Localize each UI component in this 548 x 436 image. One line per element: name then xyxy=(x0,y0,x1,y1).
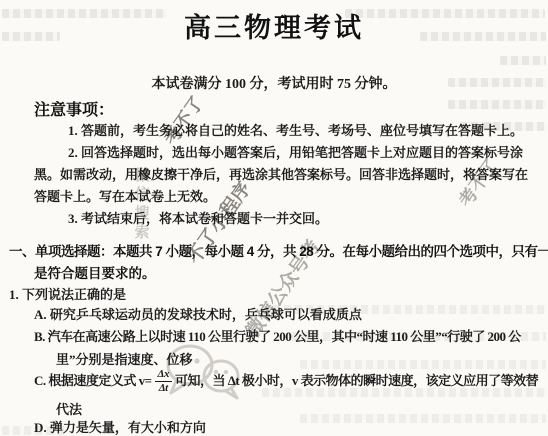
section-header-line: 一、单项选择题：本题共 7 小题，每小题 4 分，共 28 分。在每小题给出的四… xyxy=(9,240,548,260)
watermark-text: 考不了 xyxy=(157,90,209,149)
page-title: 高三物理考试 xyxy=(0,6,548,45)
fraction-denominator: Δt xyxy=(156,382,171,395)
option-c-text-pre: C. 根据速度定义式 v= xyxy=(34,372,152,390)
section-header-line: 是符合题目要求的。 xyxy=(34,262,156,282)
notice-line: 黑。如需改动，用橡皮擦干净后，再选涂其他答案标号。回答非选择题时，将答案写在 xyxy=(34,166,528,184)
bleedthrough-smudge xyxy=(500,56,546,65)
option-a: A. 研究乒乓球运动员的发球技术时，乒乓球可以看成质点 xyxy=(34,306,362,324)
velocity-fraction: Δx Δt xyxy=(155,368,172,395)
question-stem: 1. 下列说法正确的是 xyxy=(9,286,126,304)
fraction-numerator: Δx xyxy=(155,368,172,382)
bleedthrough-smudge xyxy=(300,414,546,423)
notice-line: 1. 答题前，考生务必将自己的姓名、考生号、考场号、座位号填写在答题卡上。 xyxy=(68,122,523,140)
option-b-line1: B. 汽车在高速公路上以时速 110 公里行驶了 200 公里，其中“时速 11… xyxy=(34,328,521,346)
bleedthrough-smudge xyxy=(448,100,546,109)
exam-info-line: 本试卷满分 100 分，考试用时 75 分钟。 xyxy=(0,73,548,93)
option-d: D. 弹力是矢量，有大小和方向 xyxy=(34,419,206,436)
notice-line: 2. 回答选择题时，选出每小题答案后，用铅笔把答题卡上对应题目的答案标号涂 xyxy=(68,144,523,162)
option-c-line1: C. 根据速度定义式 v= Δx Δt 可知，当 Δt 极小时，v 表示物体的瞬… xyxy=(34,366,538,396)
exam-paper-page: 考不了 不了小程序 微信公众号考 考不了 微信搜索 高三物理考试 本试卷满分 1… xyxy=(0,0,548,436)
notice-heading: 注意事项： xyxy=(34,97,114,120)
option-c-text-post: 可知，当 Δt 极小时，v 表示物体的瞬时速度，该定义应用了等效替 xyxy=(175,372,538,390)
notice-line: 3. 考试结束后，将本试卷和答题卡一并交回。 xyxy=(68,210,328,228)
notice-line: 答题卡上。写在本试卷上无效。 xyxy=(34,188,216,206)
option-c-line2: 代法 xyxy=(56,401,82,419)
